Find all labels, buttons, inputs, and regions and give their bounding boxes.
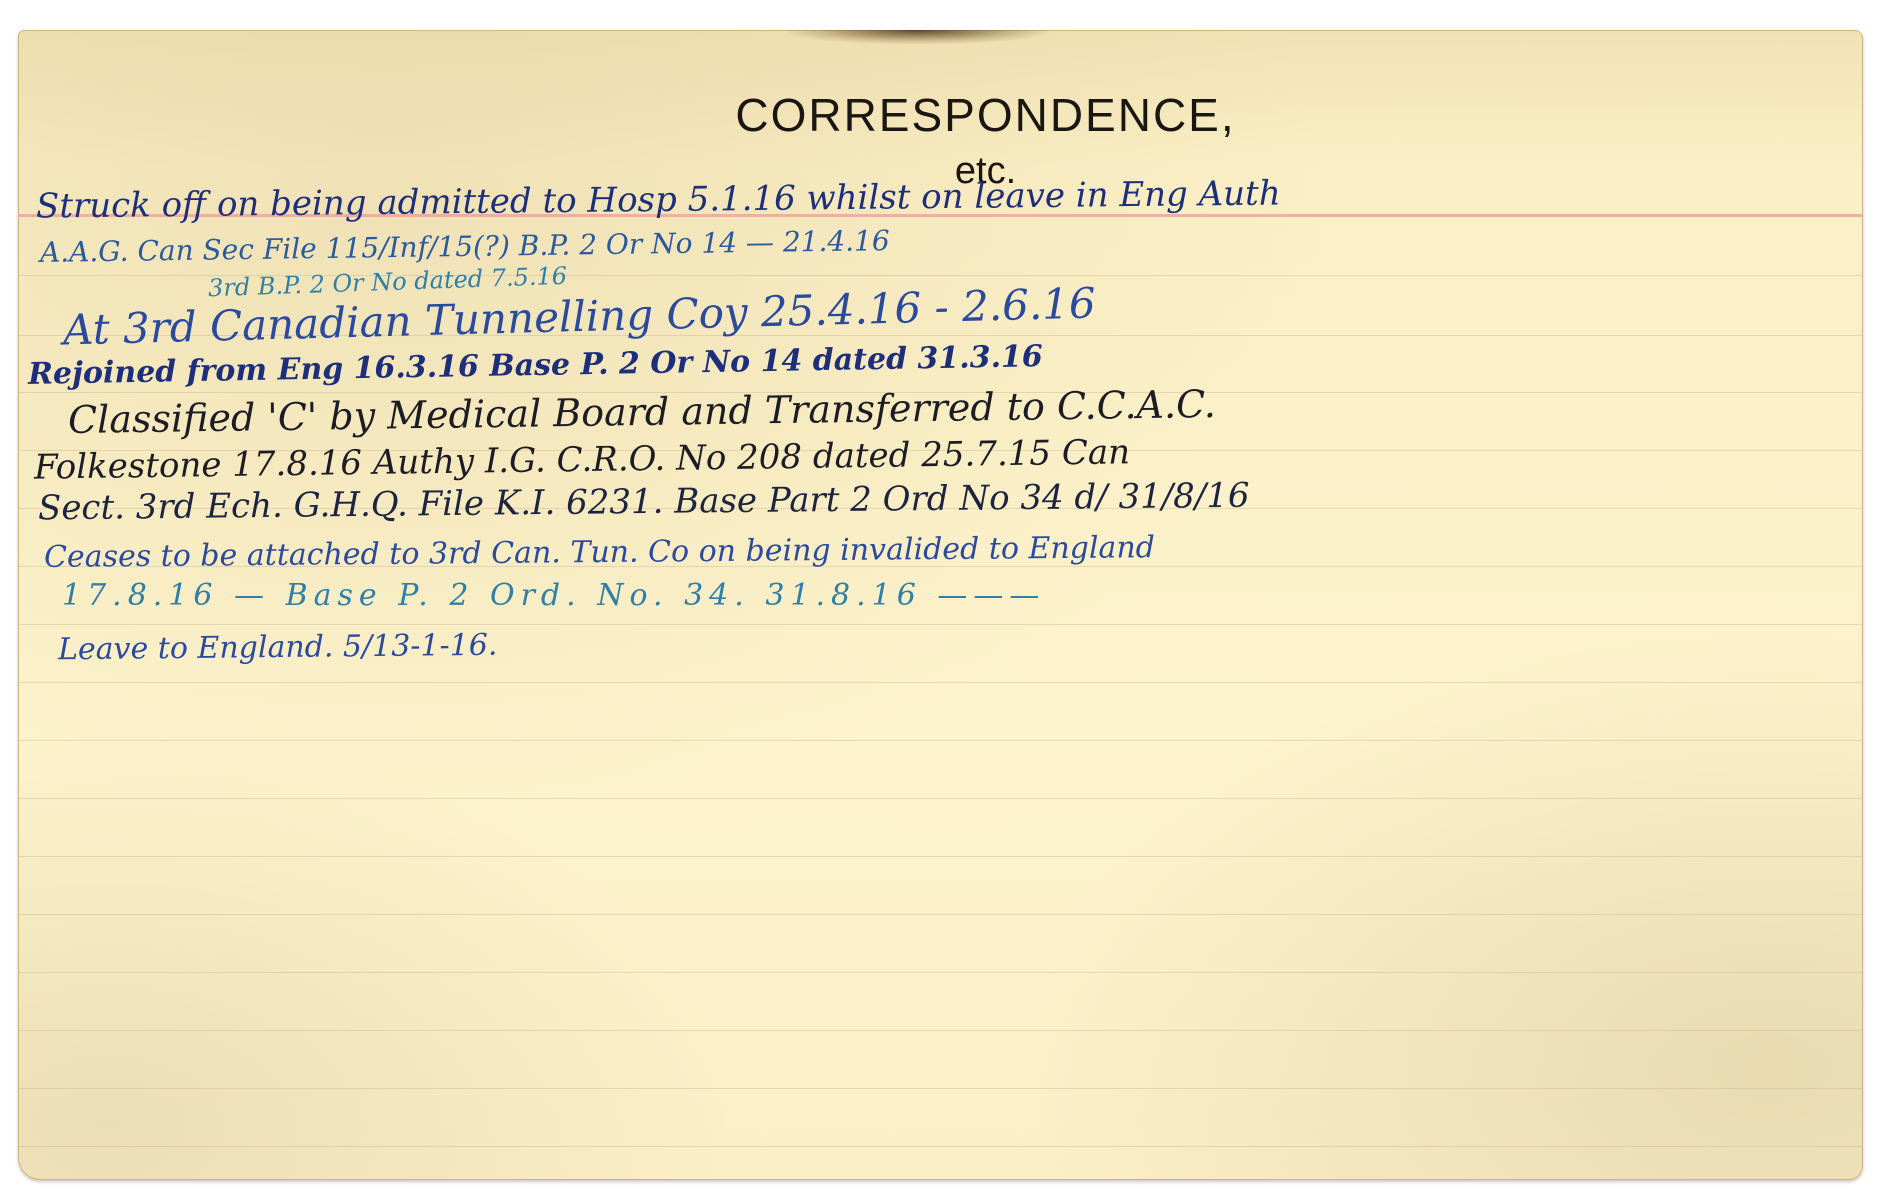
entry-aag-file: A.A.G. Can Sec File 115/Inf/15(?) B.P. 2…: [40, 224, 890, 269]
entry-leave-to-england: Leave to England. 5/13-1-16.: [58, 628, 498, 668]
ruled-line: [18, 624, 1863, 625]
ruled-line: [18, 798, 1863, 799]
ruled-line: [18, 1088, 1863, 1089]
ruled-line: [18, 740, 1863, 741]
ruled-line: [18, 972, 1863, 973]
ruled-line: [18, 914, 1863, 915]
ruled-line: [18, 682, 1863, 683]
ruled-line: [18, 1030, 1863, 1031]
entry-ceases-attached: Ceases to be attached to 3rd Can. Tun. C…: [44, 530, 1155, 575]
card-heading: CORRESPONDENCE,: [18, 88, 1863, 142]
entry-base-p2-ord: 17.8.16 — Base P. 2 Ord. No. 34. 31.8.16…: [62, 578, 1045, 613]
edge-burn-mark: [788, 30, 1048, 44]
ruled-line: [18, 856, 1863, 857]
ruled-line: [18, 1146, 1863, 1147]
record-card: CORRESPONDENCE, etc. Struck off on being…: [18, 30, 1863, 1180]
